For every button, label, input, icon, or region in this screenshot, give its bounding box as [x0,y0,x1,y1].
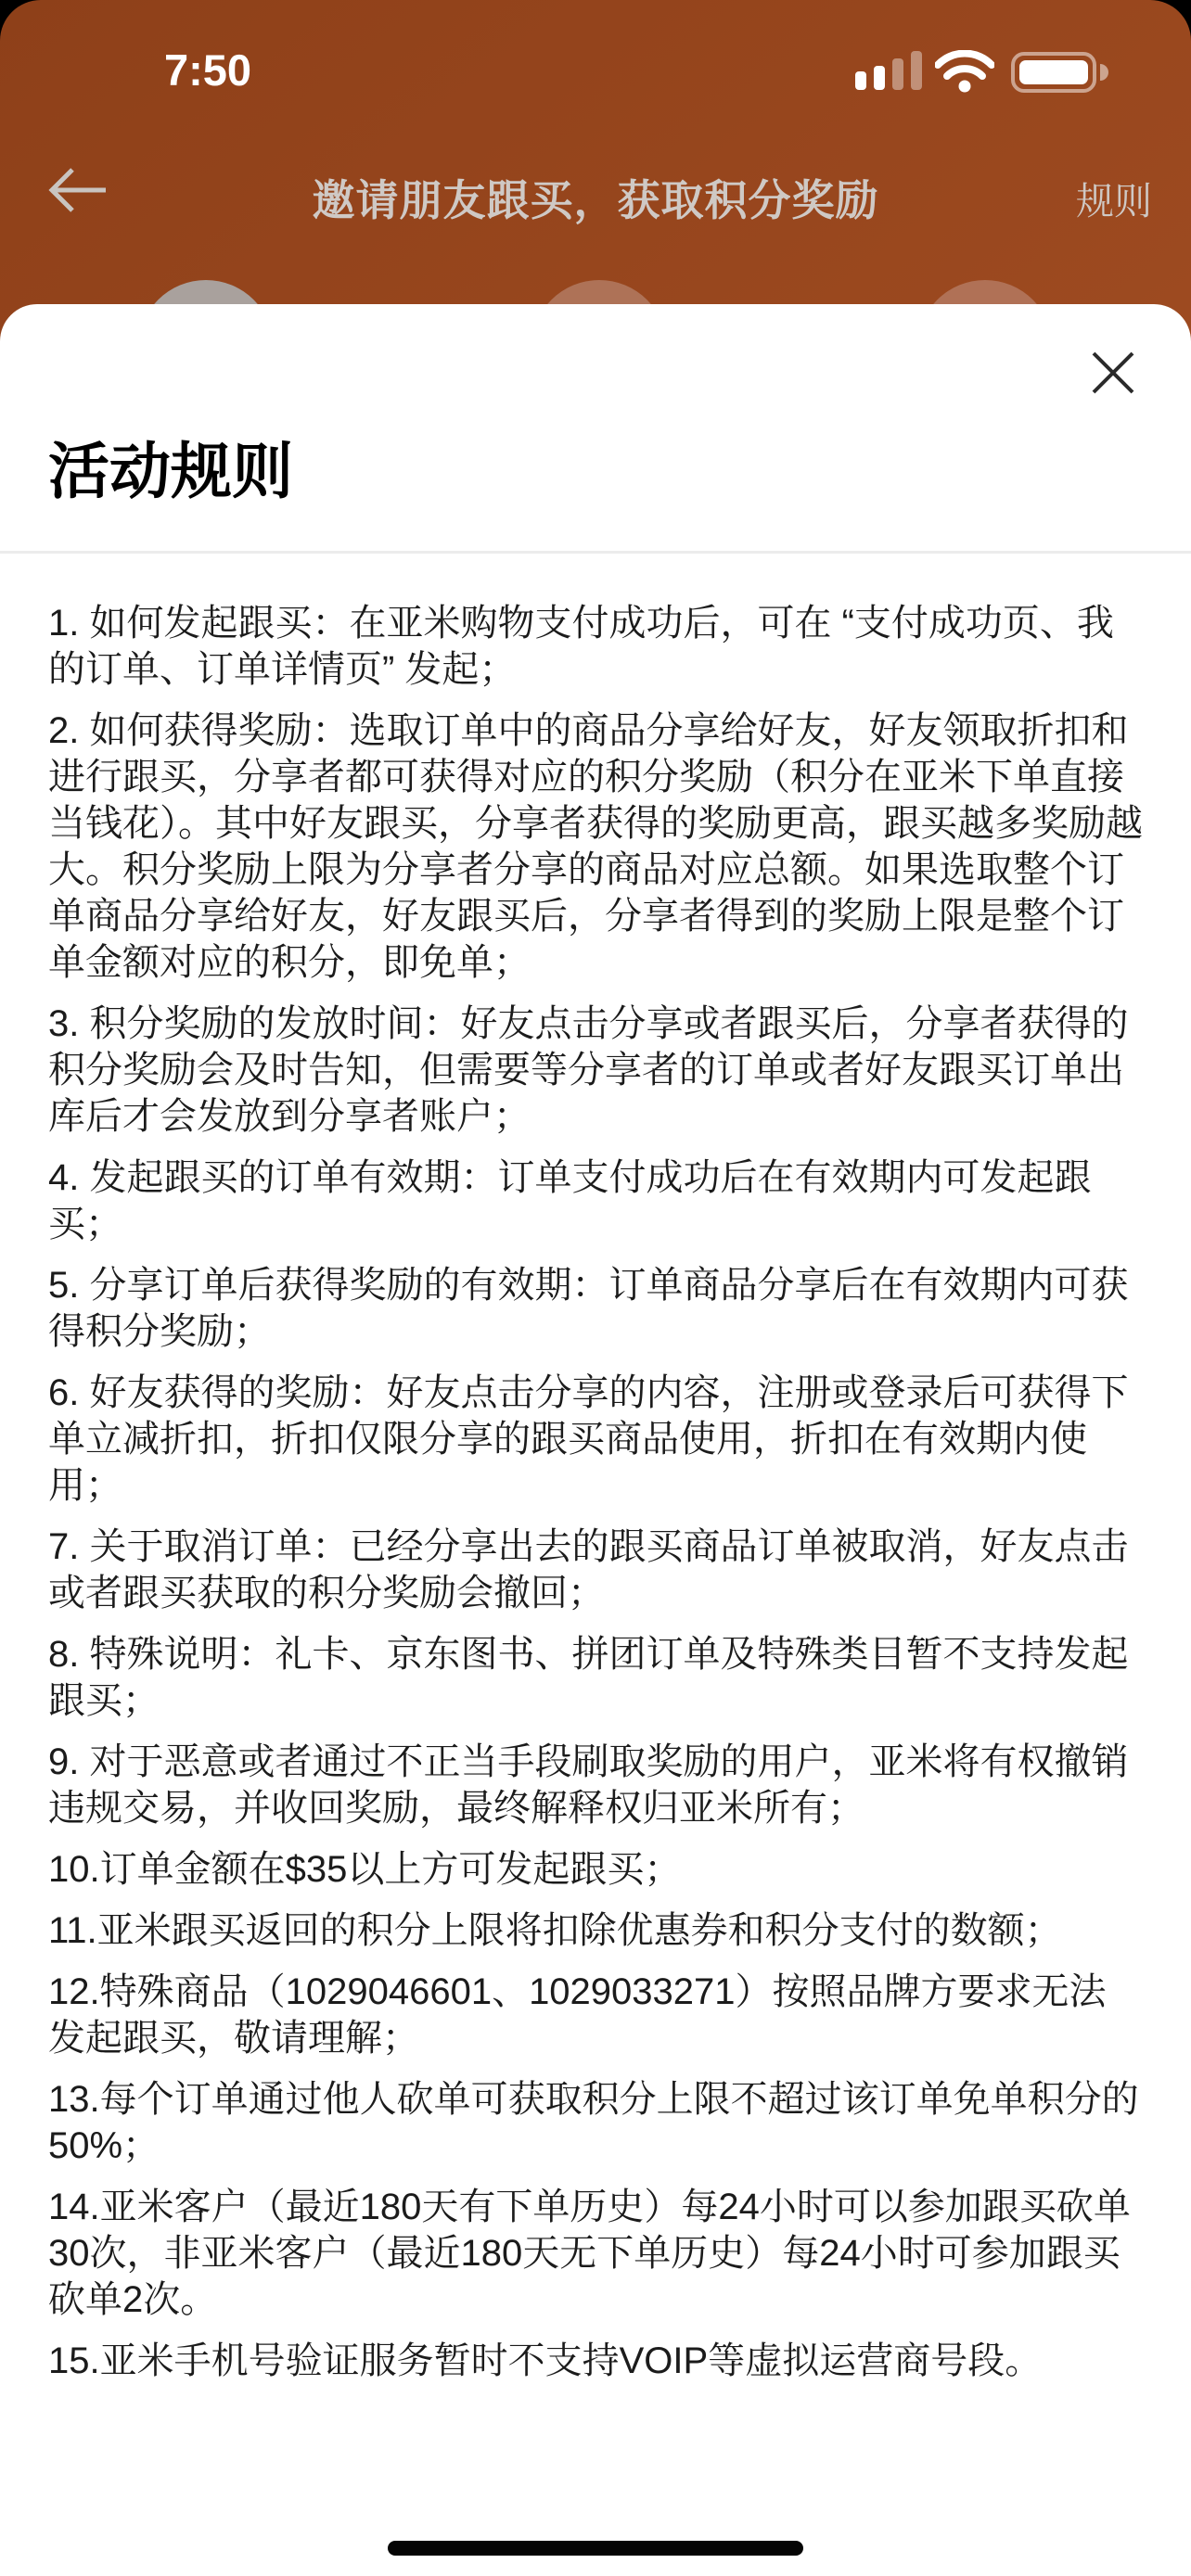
rule-item: 2. 如何获得奖励：选取订单中的商品分享给好友，好友领取折扣和进行跟买，分享者都… [48,708,1143,986]
cellular-bar [874,66,885,90]
rule-item: 6. 好友获得的奖励：好友点击分享的内容，注册或登录后可获得下单立减折扣，折扣仅… [48,1370,1143,1509]
rule-item: 13.每个订单通过他人砍单可获取积分上限不超过该订单免单积分的50%； [48,2076,1143,2169]
rule-item: 10.订单金额在$35以上方可发起跟买； [48,1846,1143,1893]
battery-fill [1019,60,1088,84]
battery-icon [1011,52,1096,93]
battery-tip [1100,64,1108,81]
rule-item: 14.亚米客户（最近180天有下单历史）每24小时可以参加跟买砍单30次，非亚米… [48,2184,1143,2323]
rule-item: 8. 特殊说明：礼卡、京东图书、拼团订单及特殊类目暂不支持发起跟买； [48,1631,1143,1724]
rule-item: 11.亚米跟买返回的积分上限将扣除优惠券和积分支付的数额； [48,1907,1143,1954]
back-button[interactable] [46,163,111,217]
rule-item: 7. 关于取消订单：已经分享出去的跟买商品订单被取消，好友点击或者跟买获取的积分… [48,1524,1143,1616]
rules-link[interactable]: 规则 [1076,171,1152,225]
rule-item: 1. 如何发起跟买：在亚米购物支付成功后，可在 “支付成功页、我的订单、订单详情… [48,600,1143,693]
wifi-icon [935,50,994,97]
sheet-title: 活动规则 [48,436,1143,506]
rules-sheet: 活动规则 1. 如何发起跟买：在亚米购物支付成功后，可在 “支付成功页、我的订单… [0,304,1191,2576]
cellular-signal-icon [855,51,922,90]
rule-item: 15.亚米手机号验证服务暂时不支持VOIP等虚拟运营商号段。 [48,2338,1143,2384]
home-indicator[interactable] [388,2541,803,2556]
rule-item: 9. 对于恶意或者通过不正当手段刷取奖励的用户，亚米将有权撤销违规交易，并收回奖… [48,1739,1143,1831]
phone-screen: 7:50 邀请朋友跟买，获取积分奖励 规则 [0,0,1191,2576]
rule-item: 3. 积分奖励的发放时间：好友点击分享或者跟买后，分享者获得的积分奖励会及时告知… [48,1001,1143,1140]
page-title: 邀请朋友跟买，获取积分奖励 [130,167,1061,228]
rules-scroll-area[interactable]: 1. 如何发起跟买：在亚米购物支付成功后，可在 “支付成功页、我的订单、订单详情… [0,554,1191,2384]
rule-item: 5. 分享订单后获得奖励的有效期：订单商品分享后在有效期内可获得积分奖励； [48,1262,1143,1355]
cellular-bar [911,51,922,90]
rule-item: 12.特殊商品（1029046601、1029033271）按照品牌方要求无法发… [48,1969,1143,2061]
status-time: 7:50 [109,45,306,96]
cellular-bar [855,71,866,90]
rule-item: 4. 发起跟买的订单有效期：订单支付成功后在有效期内可发起跟买； [48,1154,1143,1247]
close-icon[interactable] [1087,347,1139,399]
cellular-bar [892,58,903,90]
